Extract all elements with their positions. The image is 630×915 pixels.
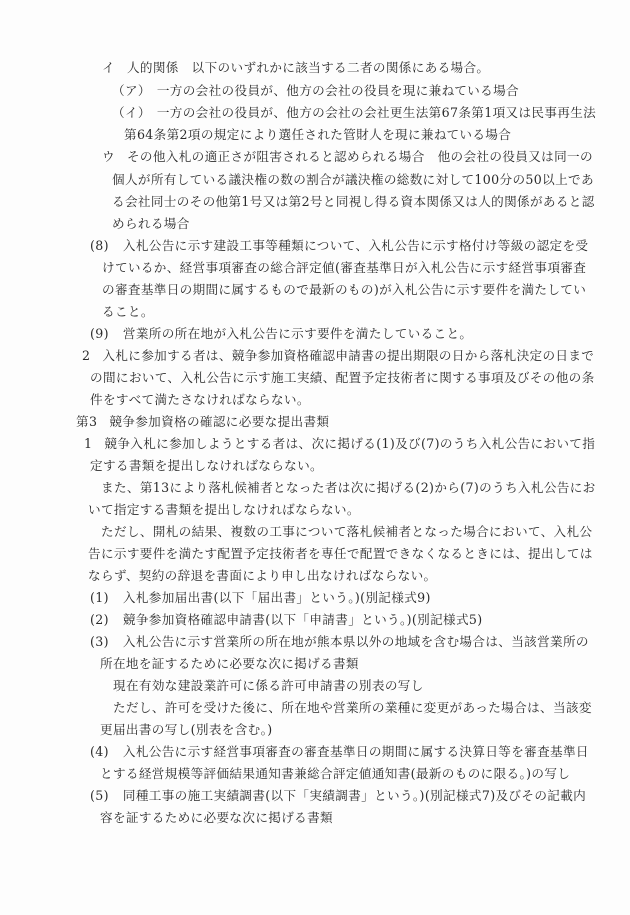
item-text: 入札公告に示す経営事項審査の審査基準日の期間に属する決算日等を審査基準日 (123, 744, 589, 759)
list-item-3-continuation: 所在地を証するために必要な次に掲げる書類 (100, 656, 359, 672)
item-text: 競争入札に参加しようとする者は、次に掲げる(1)及び(7)のうち入札公告において… (104, 436, 595, 451)
item-text: 告に示す要件を満たす配置予定技術者を専任で配置できなくなるときには、提出しては (88, 546, 593, 561)
item-text: 入札に参加する者は、競争参加資格確認申請書の提出期限の日から落札決定の日まで (102, 348, 594, 363)
list-item-1: (1)入札参加届出書(以下「届出書」という。)(別記様式9) (90, 590, 431, 606)
item-9: (9)営業所の所在地が入札公告に示す要件を満たしていること。 (90, 326, 472, 342)
item-8-continuation-2: の審査基準日の期間に属するもので最新のもの)が入札公告に示す要件を満たしてい (102, 282, 586, 298)
item-text: 更届出書の写し(別表を含む。) (100, 722, 273, 737)
item-label: (8) (90, 238, 109, 253)
item-label: (4) (90, 744, 109, 759)
item-text: の間において、入札公告に示す施工実績、配置予定技術者に関する事項及びその他の条 (90, 370, 595, 385)
list-item-4: (4)入札公告に示す経営事項審査の審査基準日の期間に属する決算日等を審査基準日 (90, 744, 589, 760)
list-item-3-however: ただし、許可を受けた後に、所在地や営業所の業種に変更があった場合は、当該変 (113, 700, 592, 716)
item-text: ならず、契約の辞退を書面により申し出なければならない。 (88, 568, 436, 583)
list-item-3-however-continuation: 更届出書の写し(別表を含む。) (100, 722, 273, 738)
item-8-continuation-3: ること。 (102, 304, 154, 320)
subitem-i: （イ）一方の会社の役員が、他方の会社の会社更生法第67条第1項又は民事再生法 (112, 105, 596, 121)
subitem-i-continuation: 第64条第2項の規定により選任された管財人を現に兼ねている場合 (124, 127, 511, 143)
item-label: （イ） (112, 105, 151, 120)
item-label: イ (102, 60, 115, 75)
item-text: 入札公告に示す営業所の所在地が熊本県以外の地域を含む場合は、当該営業所の (123, 634, 589, 649)
list-item-3: (3)入札公告に示す営業所の所在地が熊本県以外の地域を含む場合は、当該営業所の (90, 634, 589, 650)
item-text: けているか、経営事項審査の総合評定値(審査基準日が入札公告に示す経営事項審査 (102, 260, 586, 275)
item-text: その他入札の適正さが阻害されると認められる場合 他の会社の役員又は同一の (127, 149, 593, 164)
section-title: 競争参加資格の確認に必要な提出書類 (109, 414, 329, 429)
item-text: められる場合 (112, 216, 190, 231)
item-text: ること。 (102, 304, 154, 319)
paragraph-2-continuation-1: の間において、入札公告に示す施工実績、配置予定技術者に関する事項及びその他の条 (90, 370, 595, 386)
list-item-5: (5)同種工事の施工実績調書(以下「実績調書」という。)(別記様式7)及びその記… (90, 788, 586, 804)
document-page: イ人的関係 以下のいずれかに該当する二者の関係にある場合。 （ア）一方の会社の役… (0, 0, 630, 915)
item-text: また、第13により落札候補者となった者は次に掲げる(2)から(7)のうち入札公告… (101, 480, 596, 495)
item-label: (5) (90, 788, 109, 803)
item-text: る会社同士のその他第1号又は第2号と同視し得る資本関係又は人的関係があると認 (112, 194, 595, 209)
paragraph-however-continuation-2: ならず、契約の辞退を書面により申し出なければならない。 (88, 568, 436, 584)
list-item-2: (2)競争参加資格確認申請書(以下「申請書」という。)(別記様式5) (90, 612, 483, 628)
paragraph-2: 2入札に参加する者は、競争参加資格確認申請書の提出期限の日から落札決定の日まで (82, 348, 594, 364)
paragraph-however: ただし、開札の結果、複数の工事について落札候補者となった場合において、入札公 (101, 524, 592, 540)
item-u-continuation-1: 個人が所有している議決権の数の割合が議決権の総数に対して100分の50以上であ (112, 172, 594, 188)
item-text: 件をすべて満たさなければならない。 (90, 392, 310, 407)
item-text: 競争参加資格確認申請書(以下「申請書」という。)(別記様式5) (123, 612, 483, 627)
paragraph-however-continuation-1: 告に示す要件を満たす配置予定技術者を専任で配置できなくなるときには、提出しては (88, 546, 593, 562)
item-text: 同種工事の施工実績調書(以下「実績調書」という。)(別記様式7)及びその記載内 (123, 788, 586, 803)
item-u-continuation-2: る会社同士のその他第1号又は第2号と同視し得る資本関係又は人的関係があると認 (112, 194, 595, 210)
item-8-continuation-1: けているか、経営事項審査の総合評定値(審査基準日が入札公告に示す経営事項審査 (102, 260, 586, 276)
item-label: ウ (102, 149, 115, 164)
item-label: (1) (90, 590, 109, 605)
item-u-other: ウその他入札の適正さが阻害されると認められる場合 他の会社の役員又は同一の (102, 149, 593, 165)
item-label: 1 (84, 436, 92, 451)
item-text: ただし、開札の結果、複数の工事について落札候補者となった場合において、入札公 (101, 524, 592, 539)
item-label: (3) (90, 634, 109, 649)
item-text: いて指定する書類を提出しなければならない。 (88, 502, 360, 517)
item-label: 2 (82, 348, 90, 363)
item-text: 定する書類を提出しなければならない。 (90, 458, 323, 473)
paragraph-also: また、第13により落札候補者となった者は次に掲げる(2)から(7)のうち入札公告… (101, 480, 596, 496)
item-text: とする経営規模等評価結果通知書兼総合評定値通知書(最新のものに限る。)の写し (100, 766, 570, 781)
item-text: 容を証するために必要な次に掲げる書類 (100, 810, 333, 825)
item-text: 第64条第2項の規定により選任された管財人を現に兼ねている場合 (124, 127, 511, 142)
paragraph-2-continuation-2: 件をすべて満たさなければならない。 (90, 392, 310, 408)
subitem-a: （ア）一方の会社の役員が、他方の会社の役員を現に兼ねている場合 (112, 83, 519, 99)
item-text: ただし、許可を受けた後に、所在地や営業所の業種に変更があった場合は、当該変 (113, 700, 592, 715)
list-item-4-continuation: とする経営規模等評価結果通知書兼総合評定値通知書(最新のものに限る。)の写し (100, 766, 570, 782)
item-i-jinteki-kankei: イ人的関係 以下のいずれかに該当する二者の関係にある場合。 (102, 60, 489, 76)
section-3-heading: 第3競争参加資格の確認に必要な提出書類 (76, 414, 329, 430)
item-text: 現在有効な建設業許可に係る許可申請書の別表の写し (113, 678, 424, 693)
paragraph-1-continuation: 定する書類を提出しなければならない。 (90, 458, 323, 474)
item-8: (8)入札公告に示す建設工事等種類について、入札公告に示す格付け等級の認定を受 (90, 238, 588, 254)
item-label: （ア） (112, 83, 151, 98)
item-text: 入札公告に示す建設工事等種類について、入札公告に示す格付け等級の認定を受 (123, 238, 588, 253)
item-text: の審査基準日の期間に属するもので最新のもの)が入札公告に示す要件を満たしてい (102, 282, 586, 297)
list-item-5-continuation: 容を証するために必要な次に掲げる書類 (100, 810, 333, 826)
item-text: 一方の会社の役員が、他方の会社の役員を現に兼ねている場合 (157, 83, 519, 98)
item-text: 人的関係 以下のいずれかに該当する二者の関係にある場合。 (127, 60, 489, 75)
item-text: 所在地を証するために必要な次に掲げる書類 (100, 656, 359, 671)
item-u-continuation-3: められる場合 (112, 216, 190, 232)
item-text: 一方の会社の役員が、他方の会社の会社更生法第67条第1項又は民事再生法 (157, 105, 596, 120)
item-label: (2) (90, 612, 109, 627)
item-text: 入札参加届出書(以下「届出書」という。)(別記様式9) (123, 590, 431, 605)
item-label: (9) (90, 326, 109, 341)
section-label: 第3 (76, 414, 97, 429)
paragraph-also-continuation: いて指定する書類を提出しなければならない。 (88, 502, 360, 518)
list-item-3-subdocument: 現在有効な建設業許可に係る許可申請書の別表の写し (113, 678, 424, 694)
item-text: 営業所の所在地が入札公告に示す要件を満たしていること。 (123, 326, 472, 341)
item-text: 個人が所有している議決権の数の割合が議決権の総数に対して100分の50以上であ (112, 172, 594, 187)
paragraph-1: 1競争入札に参加しようとする者は、次に掲げる(1)及び(7)のうち入札公告におい… (84, 436, 595, 452)
